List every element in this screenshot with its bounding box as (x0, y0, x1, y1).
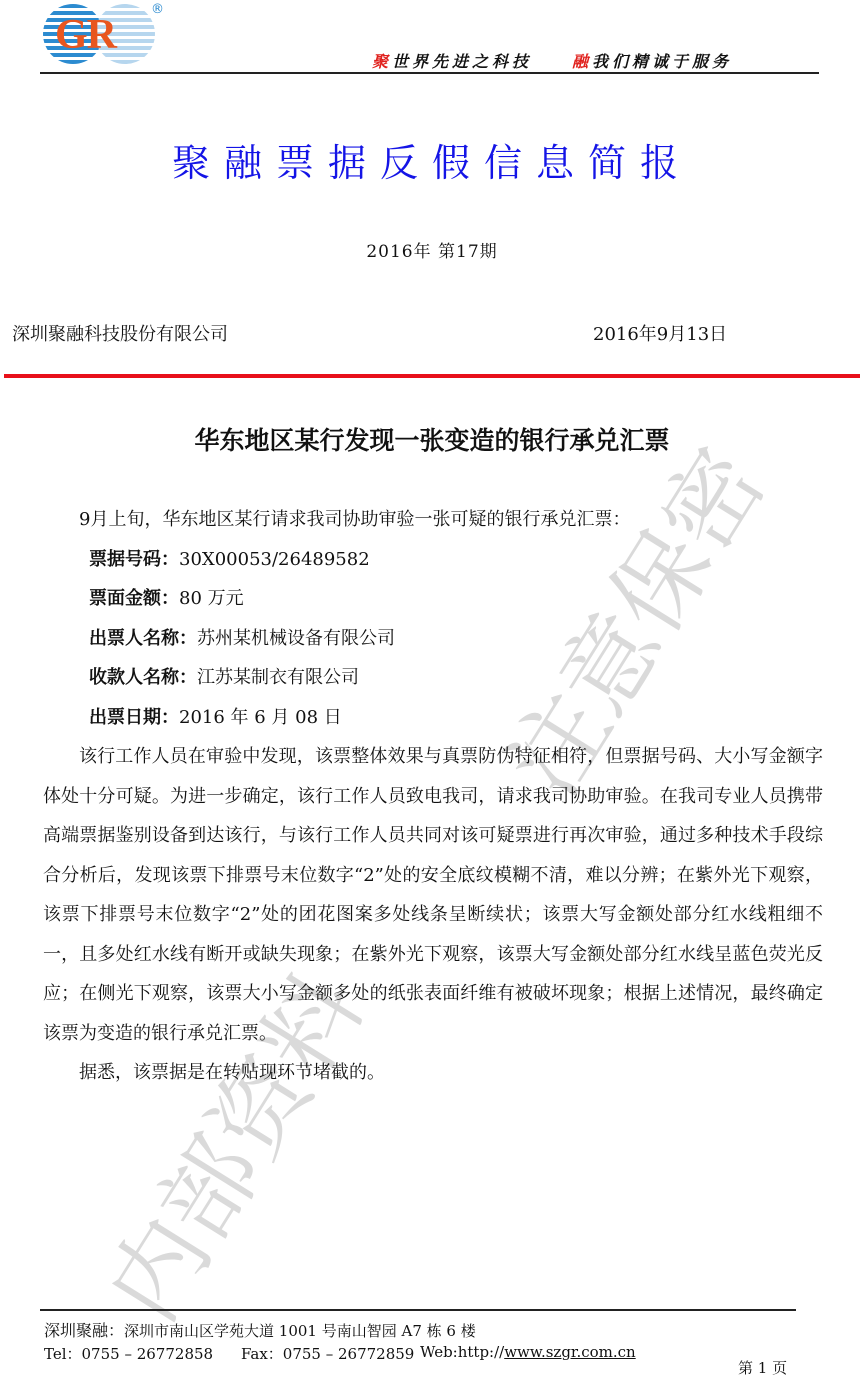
field-value: 苏州某机械设备有限公司 (197, 628, 395, 649)
bulletin-title: 聚融票据反假信息简报 (0, 132, 864, 187)
slogan-left: 世界先进之科技 (392, 52, 532, 71)
field-value: 2016 年 6 月 08 日 (179, 707, 342, 728)
red-divider (4, 374, 860, 378)
field-face-amount: 票面金额：80 万元 (43, 579, 823, 619)
footer-divider (40, 1309, 796, 1311)
article-paragraph: 据悉，该票据是在转贴现环节堵截的。 (43, 1053, 823, 1093)
publisher-company: 深圳聚融科技股份有限公司 (12, 320, 228, 346)
field-drawer-name: 出票人名称：苏州某机械设备有限公司 (43, 619, 823, 659)
header-slogan: 聚世界先进之科技融我们精诚于服务 (372, 49, 732, 72)
field-label: 票据号码： (89, 549, 179, 570)
issue-number: 2016年 第17期 (0, 237, 864, 262)
footer-address-text: 深圳市南山区学苑大道 1001 号南山智园 A7 栋 6 楼 (124, 1322, 476, 1340)
field-payee-name: 收款人名称：江苏某制衣有限公司 (43, 658, 823, 698)
footer-address: 深圳聚融：深圳市南山区学苑大道 1001 号南山智园 A7 栋 6 楼 (44, 1318, 476, 1341)
field-issue-date: 出票日期：2016 年 6 月 08 日 (43, 698, 823, 738)
slogan-left-accent: 聚 (372, 52, 392, 71)
company-logo: GR ® (43, 4, 158, 64)
field-label: 收款人名称： (89, 667, 197, 688)
article-body: 9月上旬，华东地区某行请求我司协助审验一张可疑的银行承兑汇票： 票据号码：30X… (43, 500, 823, 1093)
footer-web: Web:http://www.szgr.com.cn (420, 1343, 636, 1361)
footer-tel: Tel：0755 – 26772858 (44, 1343, 213, 1364)
registered-mark-icon: ® (151, 2, 164, 17)
footer-web-label: Web:http:// (420, 1343, 504, 1361)
slogan-right: 我们精诚于服务 (592, 52, 732, 71)
footer-fax: Fax：0755 – 26772859 (241, 1343, 414, 1364)
slogan-right-accent: 融 (572, 52, 592, 71)
footer-contact: Tel：0755 – 26772858 Fax：0755 – 26772859 … (44, 1343, 213, 1364)
field-value: 80 万元 (179, 588, 244, 609)
field-label: 出票日期： (89, 707, 179, 728)
article-title: 华东地区某行发现一张变造的银行承兑汇票 (0, 421, 864, 457)
article-paragraph: 该行工作人员在审验中发现，该票整体效果与真票防伪特征相符，但票据号码、大小写金额… (43, 737, 823, 1053)
page-number: 第 1 页 (738, 1357, 787, 1378)
header-divider (40, 72, 819, 74)
footer-company-label: 深圳聚融： (44, 1321, 124, 1340)
footer-web-link[interactable]: www.szgr.com.cn (504, 1343, 635, 1361)
field-value: 江苏某制衣有限公司 (197, 667, 359, 688)
field-label: 出票人名称： (89, 628, 197, 649)
field-label: 票面金额： (89, 588, 179, 609)
publish-date: 2016年9月13日 (593, 320, 727, 346)
field-value: 30X00053/26489582 (179, 549, 370, 570)
article-intro: 9月上旬，华东地区某行请求我司协助审验一张可疑的银行承兑汇票： (43, 500, 823, 540)
logo-text: GR (55, 14, 116, 56)
field-bill-number: 票据号码：30X00053/26489582 (43, 540, 823, 580)
